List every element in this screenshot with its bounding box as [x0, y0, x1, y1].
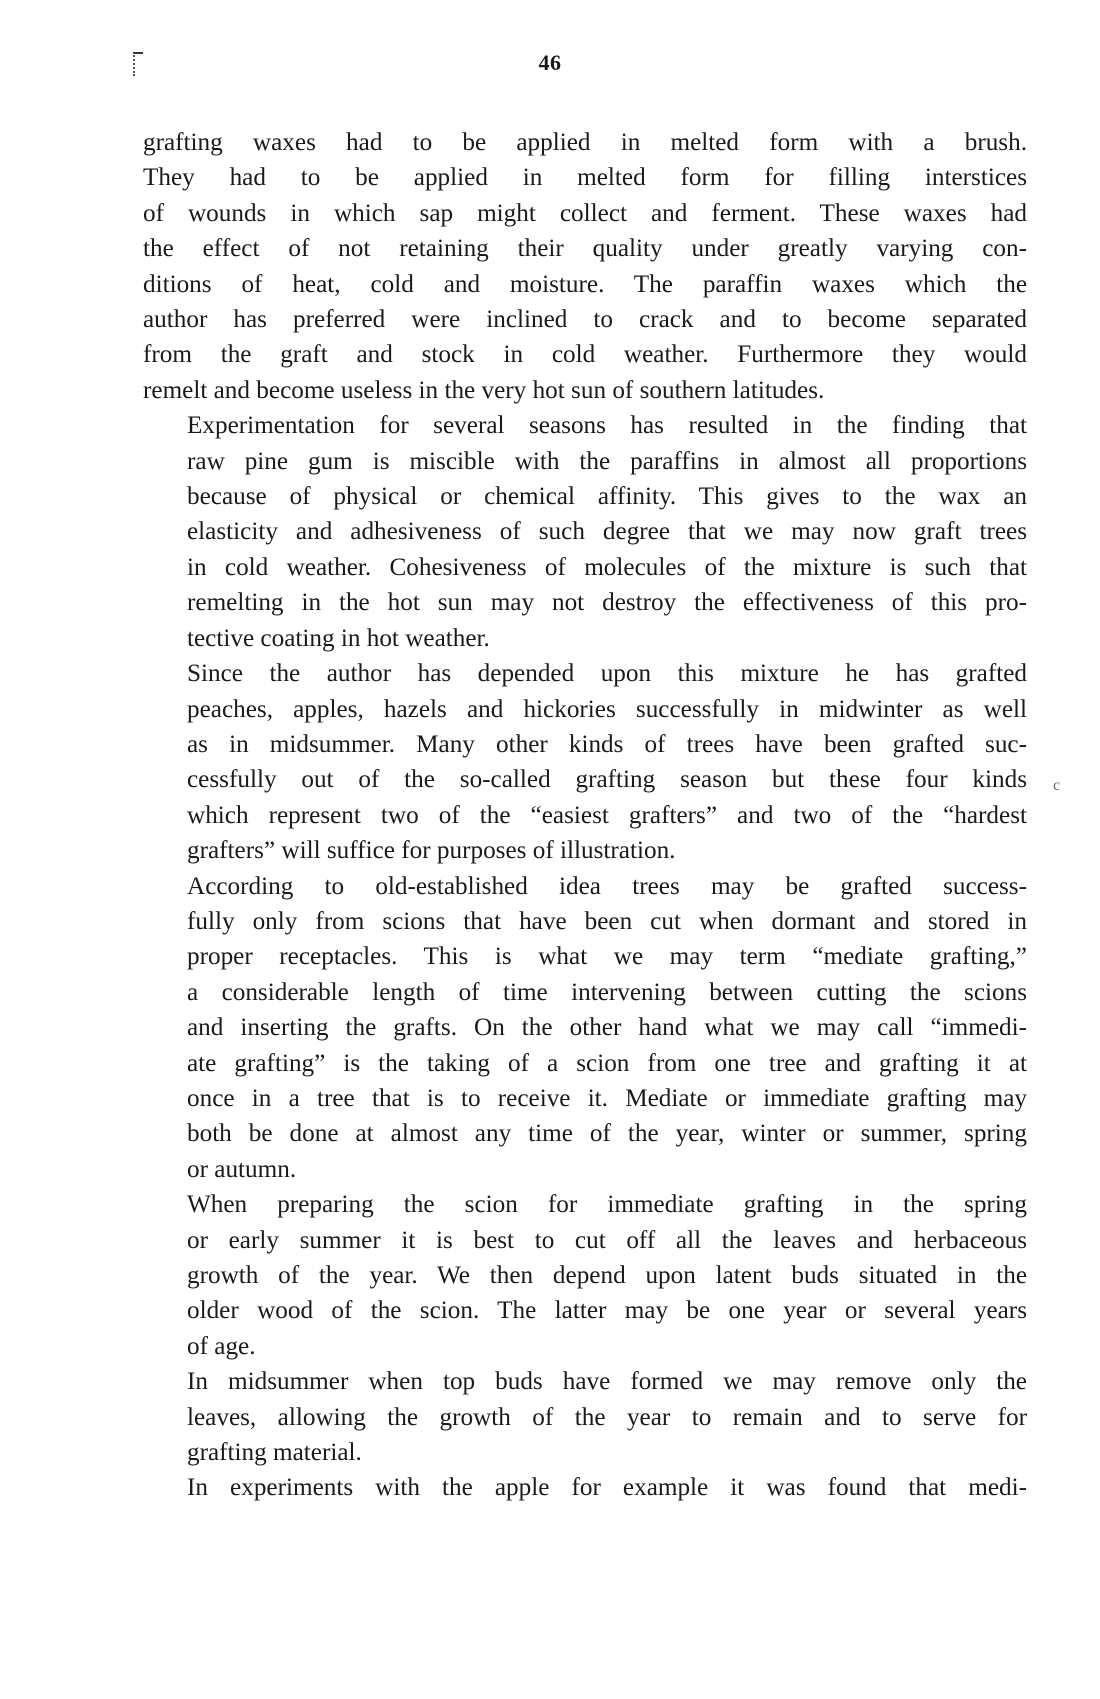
text-line: peaches, apples, hazels and hickories su… — [143, 692, 1027, 727]
text-line: Since the author has depended upon this … — [143, 656, 1027, 691]
text-line: According to old-established idea trees … — [143, 869, 1027, 904]
text-line: and inserting the grafts. On the other h… — [143, 1010, 1027, 1045]
text-line: cessfully out of the so-called grafting … — [143, 762, 1027, 797]
text-line: a considerable length of time intervenin… — [143, 975, 1027, 1010]
text-line: remelting in the hot sun may not destroy… — [143, 585, 1027, 620]
paragraph-2: Experimentation for several seasons has … — [143, 408, 1027, 656]
text-line: the effect of not retaining their qualit… — [143, 231, 1027, 266]
paragraph-1: grafting waxes had to be applied in melt… — [143, 125, 1027, 408]
text-line: or early summer it is best to cut off al… — [143, 1223, 1027, 1258]
text-line: as in midsummer. Many other kinds of tre… — [143, 727, 1027, 762]
text-line: ditions of heat, cold and moisture. The … — [143, 267, 1027, 302]
text-line: grafting material. — [143, 1435, 1027, 1470]
text-line: remelt and become useless in the very ho… — [143, 373, 1027, 408]
text-line: because of physical or chemical affinity… — [143, 479, 1027, 514]
text-line: They had to be applied in melted form fo… — [143, 160, 1027, 195]
text-line: fully only from scions that have been cu… — [143, 904, 1027, 939]
body-text: grafting waxes had to be applied in melt… — [143, 125, 1027, 1506]
paragraph-6: In midsummer when top buds have formed w… — [143, 1364, 1027, 1470]
text-line: of age. — [143, 1329, 1027, 1364]
margin-mark: c — [1053, 777, 1060, 795]
paragraph-4: According to old-established idea trees … — [143, 869, 1027, 1188]
text-line: growth of the year. We then depend upon … — [143, 1258, 1027, 1293]
text-line: in cold weather. Cohesiveness of molecul… — [143, 550, 1027, 585]
text-line: grafting waxes had to be applied in melt… — [143, 125, 1027, 160]
paragraph-7: In experiments with the apple for exampl… — [143, 1470, 1027, 1505]
page-number: 46 — [0, 50, 1100, 76]
text-line: elasticity and adhesiveness of such degr… — [143, 514, 1027, 549]
text-line: ate grafting” is the taking of a scion f… — [143, 1046, 1027, 1081]
text-line: or autumn. — [143, 1152, 1027, 1187]
text-line: author has preferred were inclined to cr… — [143, 302, 1027, 337]
text-line: from the graft and stock in cold weather… — [143, 337, 1027, 372]
text-line: In experiments with the apple for exampl… — [143, 1470, 1027, 1505]
text-line: raw pine gum is miscible with the paraff… — [143, 444, 1027, 479]
text-line: leaves, allowing the growth of the year … — [143, 1400, 1027, 1435]
text-line: grafters” will suffice for purposes of i… — [143, 833, 1027, 868]
text-line: both be done at almost any time of the y… — [143, 1116, 1027, 1151]
text-line: proper receptacles. This is what we may … — [143, 939, 1027, 974]
text-line: once in a tree that is to receive it. Me… — [143, 1081, 1027, 1116]
text-line: of wounds in which sap might collect and… — [143, 196, 1027, 231]
paragraph-5: When preparing the scion for immediate g… — [143, 1187, 1027, 1364]
text-line: Experimentation for several seasons has … — [143, 408, 1027, 443]
text-line: tective coating in hot weather. — [143, 621, 1027, 656]
paragraph-3: Since the author has depended upon this … — [143, 656, 1027, 868]
text-line: In midsummer when top buds have formed w… — [143, 1364, 1027, 1399]
text-line: older wood of the scion. The latter may … — [143, 1293, 1027, 1328]
text-line: which represent two of the “easiest graf… — [143, 798, 1027, 833]
text-line: When preparing the scion for immediate g… — [143, 1187, 1027, 1222]
